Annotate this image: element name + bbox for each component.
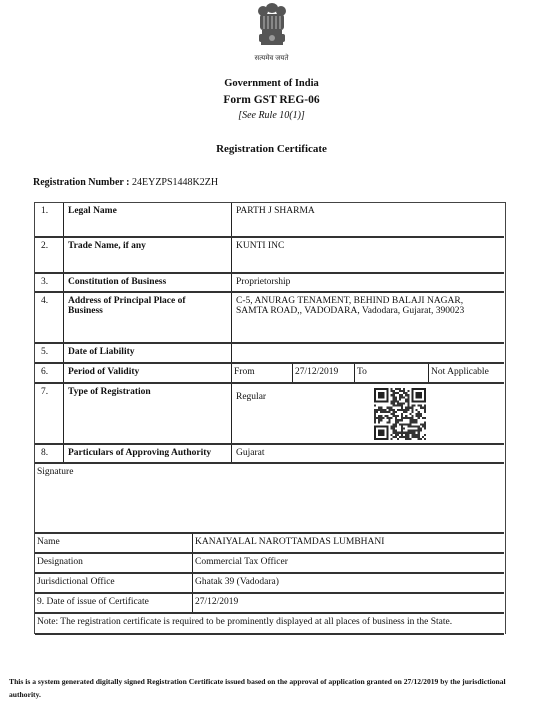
row-number: 8. — [35, 445, 64, 462]
approving-authority-value: Gujarat — [232, 445, 504, 462]
field-label: Period of Validity — [64, 364, 232, 382]
field-label: Jurisdictional Office — [35, 574, 193, 592]
legal-name-value: PARTH J SHARMA — [232, 203, 504, 236]
field-label: Legal Name — [64, 203, 232, 236]
officer-name-value: KANAIYALAL NAROTTAMDAS LUMBHANI — [193, 534, 504, 552]
constitution-value: Proprietorship — [232, 274, 504, 291]
signature-row: Signature — [35, 464, 504, 534]
table-row: 1. Legal Name PARTH J SHARMA — [35, 203, 504, 238]
row-number: 4. — [35, 293, 64, 342]
table-row: 9. Date of issue of Certificate 27/12/20… — [35, 594, 504, 614]
field-label: 9. Date of issue of Certificate — [35, 594, 193, 612]
table-row: 7. Type of Registration Regular — [35, 384, 504, 445]
field-label: Trade Name, if any — [64, 238, 232, 272]
table-row: 3. Constitution of Business Proprietorsh… — [35, 274, 504, 293]
footer-disclaimer: This is a system generated digitally sig… — [9, 675, 534, 701]
validity-to-value: Not Applicable — [429, 364, 504, 382]
validity-cell: From 27/12/2019 To Not Applicable — [232, 364, 504, 382]
registration-type-cell: Regular — [232, 384, 504, 443]
table-row: 2. Trade Name, if any KUNTI INC — [35, 238, 504, 274]
row-number: 2. — [35, 238, 64, 272]
row-number: 5. — [35, 344, 64, 362]
table-row: 5. Date of Liability — [35, 344, 504, 364]
registration-number-value: 24EYZPS1448K2ZH — [132, 177, 218, 188]
emblem-motto: सत्यमेव जयते — [0, 54, 543, 63]
form-title: Form GST REG-06 — [0, 94, 543, 106]
field-label: Type of Registration — [64, 384, 232, 443]
field-label: Constitution of Business — [64, 274, 232, 291]
row-number: 6. — [35, 364, 64, 382]
row-number: 3. — [35, 274, 64, 291]
jurisdictional-office-value: Ghatak 39 (Vadodara) — [193, 574, 504, 592]
field-label: Designation — [35, 554, 193, 572]
signature-label: Signature — [35, 464, 73, 532]
table-row: 4. Address of Principal Place of Busines… — [35, 293, 504, 344]
liability-date-value — [232, 344, 504, 362]
registration-type-value: Regular — [236, 392, 266, 402]
rule-reference: [See Rule 10(1)] — [0, 110, 543, 121]
validity-to-label: To — [355, 364, 429, 382]
registration-number: Registration Number : 24EYZPS1448K2ZH — [33, 177, 218, 188]
validity-from-value: 27/12/2019 — [293, 364, 355, 382]
row-number: 1. — [35, 203, 64, 236]
field-label: Particulars of Approving Authority — [64, 445, 232, 462]
qr-code-icon — [374, 388, 426, 440]
row-number: 7. — [35, 384, 64, 443]
trade-name-value: KUNTI INC — [232, 238, 504, 272]
validity-from-label: From — [232, 364, 293, 382]
note-text: Note: The registration certificate is re… — [35, 614, 504, 633]
issue-date-value: 27/12/2019 — [193, 594, 504, 612]
national-emblem-icon — [250, 2, 294, 54]
address-value: C-5, ANURAG TENAMENT, BEHIND BALAJI NAGA… — [232, 293, 504, 342]
table-row: Designation Commercial Tax Officer — [35, 554, 504, 574]
registration-number-label: Registration Number : — [33, 177, 129, 188]
field-label: Address of Principal Place of Business — [64, 293, 232, 342]
government-heading: Government of India — [0, 78, 543, 89]
certificate-title: Registration Certificate — [0, 143, 543, 155]
field-label: Name — [35, 534, 193, 552]
field-label: Date of Liability — [64, 344, 232, 362]
note-row: Note: The registration certificate is re… — [35, 614, 504, 635]
table-row: Name KANAIYALAL NAROTTAMDAS LUMBHANI — [35, 534, 504, 554]
designation-value: Commercial Tax Officer — [193, 554, 504, 572]
certificate-table: 1. Legal Name PARTH J SHARMA 2. Trade Na… — [34, 202, 506, 634]
table-row: 8. Particulars of Approving Authority Gu… — [35, 445, 504, 464]
table-row: 6. Period of Validity From 27/12/2019 To… — [35, 364, 504, 384]
table-row: Jurisdictional Office Ghatak 39 (Vadodar… — [35, 574, 504, 594]
